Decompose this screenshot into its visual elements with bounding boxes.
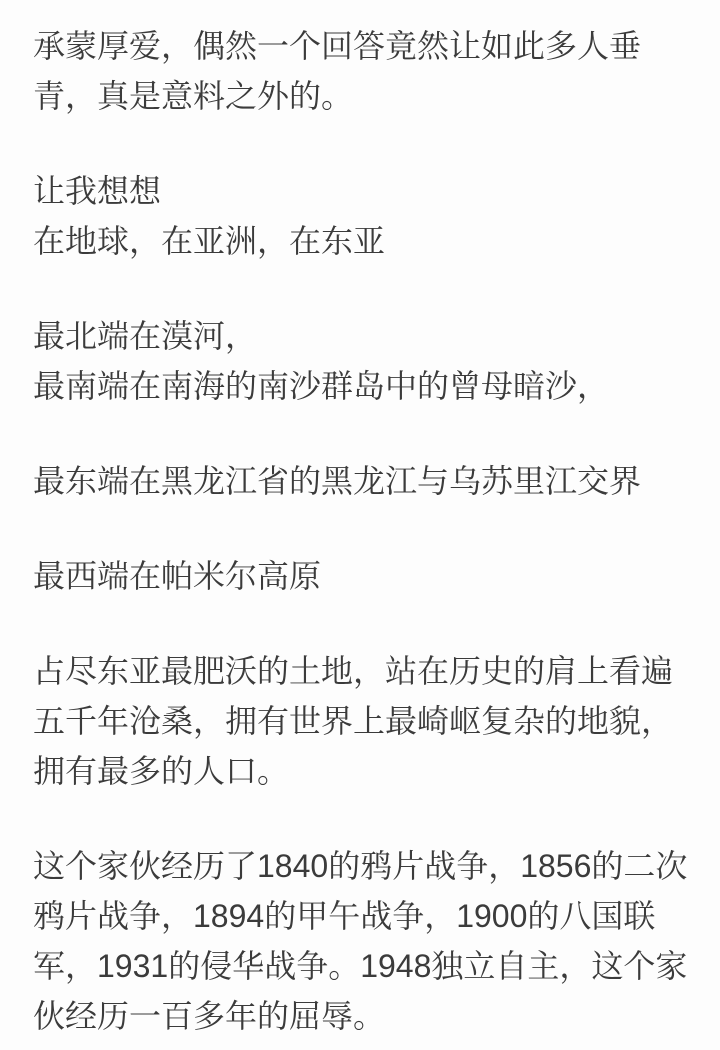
text-line: 这个家伙经历了1840的鸦片战争，1856的二次 bbox=[33, 841, 692, 891]
text-line: 最东端在黑龙江省的黑龙江与乌苏里江交界 bbox=[33, 456, 692, 506]
text-line: 青，真是意料之外的。 bbox=[33, 71, 692, 121]
paragraph-intro: 承蒙厚爱，偶然一个回答竟然让如此多人垂 青，真是意料之外的。 bbox=[33, 21, 692, 121]
text-line: 承蒙厚爱，偶然一个回答竟然让如此多人垂 bbox=[33, 21, 692, 71]
text-line: 伙经历一百多年的屈辱。 bbox=[33, 991, 692, 1041]
text-line: 五千年沧桑，拥有世界上最崎岖复杂的地貌， bbox=[33, 696, 692, 746]
paragraph-west: 最西端在帕米尔高原 bbox=[33, 551, 692, 601]
text-line: 最西端在帕米尔高原 bbox=[33, 551, 692, 601]
text-line: 在地球，在亚洲，在东亚 bbox=[33, 216, 692, 266]
paragraph-think: 让我想想 在地球，在亚洲，在东亚 bbox=[33, 166, 692, 266]
paragraph-history: 这个家伙经历了1840的鸦片战争，1856的二次 鸦片战争，1894的甲午战争，… bbox=[33, 841, 692, 1041]
text-line: 让我想想 bbox=[33, 166, 692, 216]
paragraph-east: 最东端在黑龙江省的黑龙江与乌苏里江交界 bbox=[33, 456, 692, 506]
text-line: 鸦片战争，1894的甲午战争，1900的八国联 bbox=[33, 891, 692, 941]
text-line: 拥有最多的人口。 bbox=[33, 746, 692, 796]
text-line: 军，1931的侵华战争。1948独立自主，这个家 bbox=[33, 941, 692, 991]
text-line: 最南端在南海的南沙群岛中的曾母暗沙， bbox=[33, 361, 692, 411]
paragraph-land: 占尽东亚最肥沃的土地，站在历史的肩上看遍 五千年沧桑，拥有世界上最崎岖复杂的地貌… bbox=[33, 646, 692, 796]
paragraph-north-south: 最北端在漠河， 最南端在南海的南沙群岛中的曾母暗沙， bbox=[33, 311, 692, 411]
text-line: 占尽东亚最肥沃的土地，站在历史的肩上看遍 bbox=[33, 646, 692, 696]
answer-text-page: 承蒙厚爱，偶然一个回答竟然让如此多人垂 青，真是意料之外的。 让我想想 在地球，… bbox=[0, 0, 720, 1050]
text-line: 最北端在漠河， bbox=[33, 311, 692, 361]
